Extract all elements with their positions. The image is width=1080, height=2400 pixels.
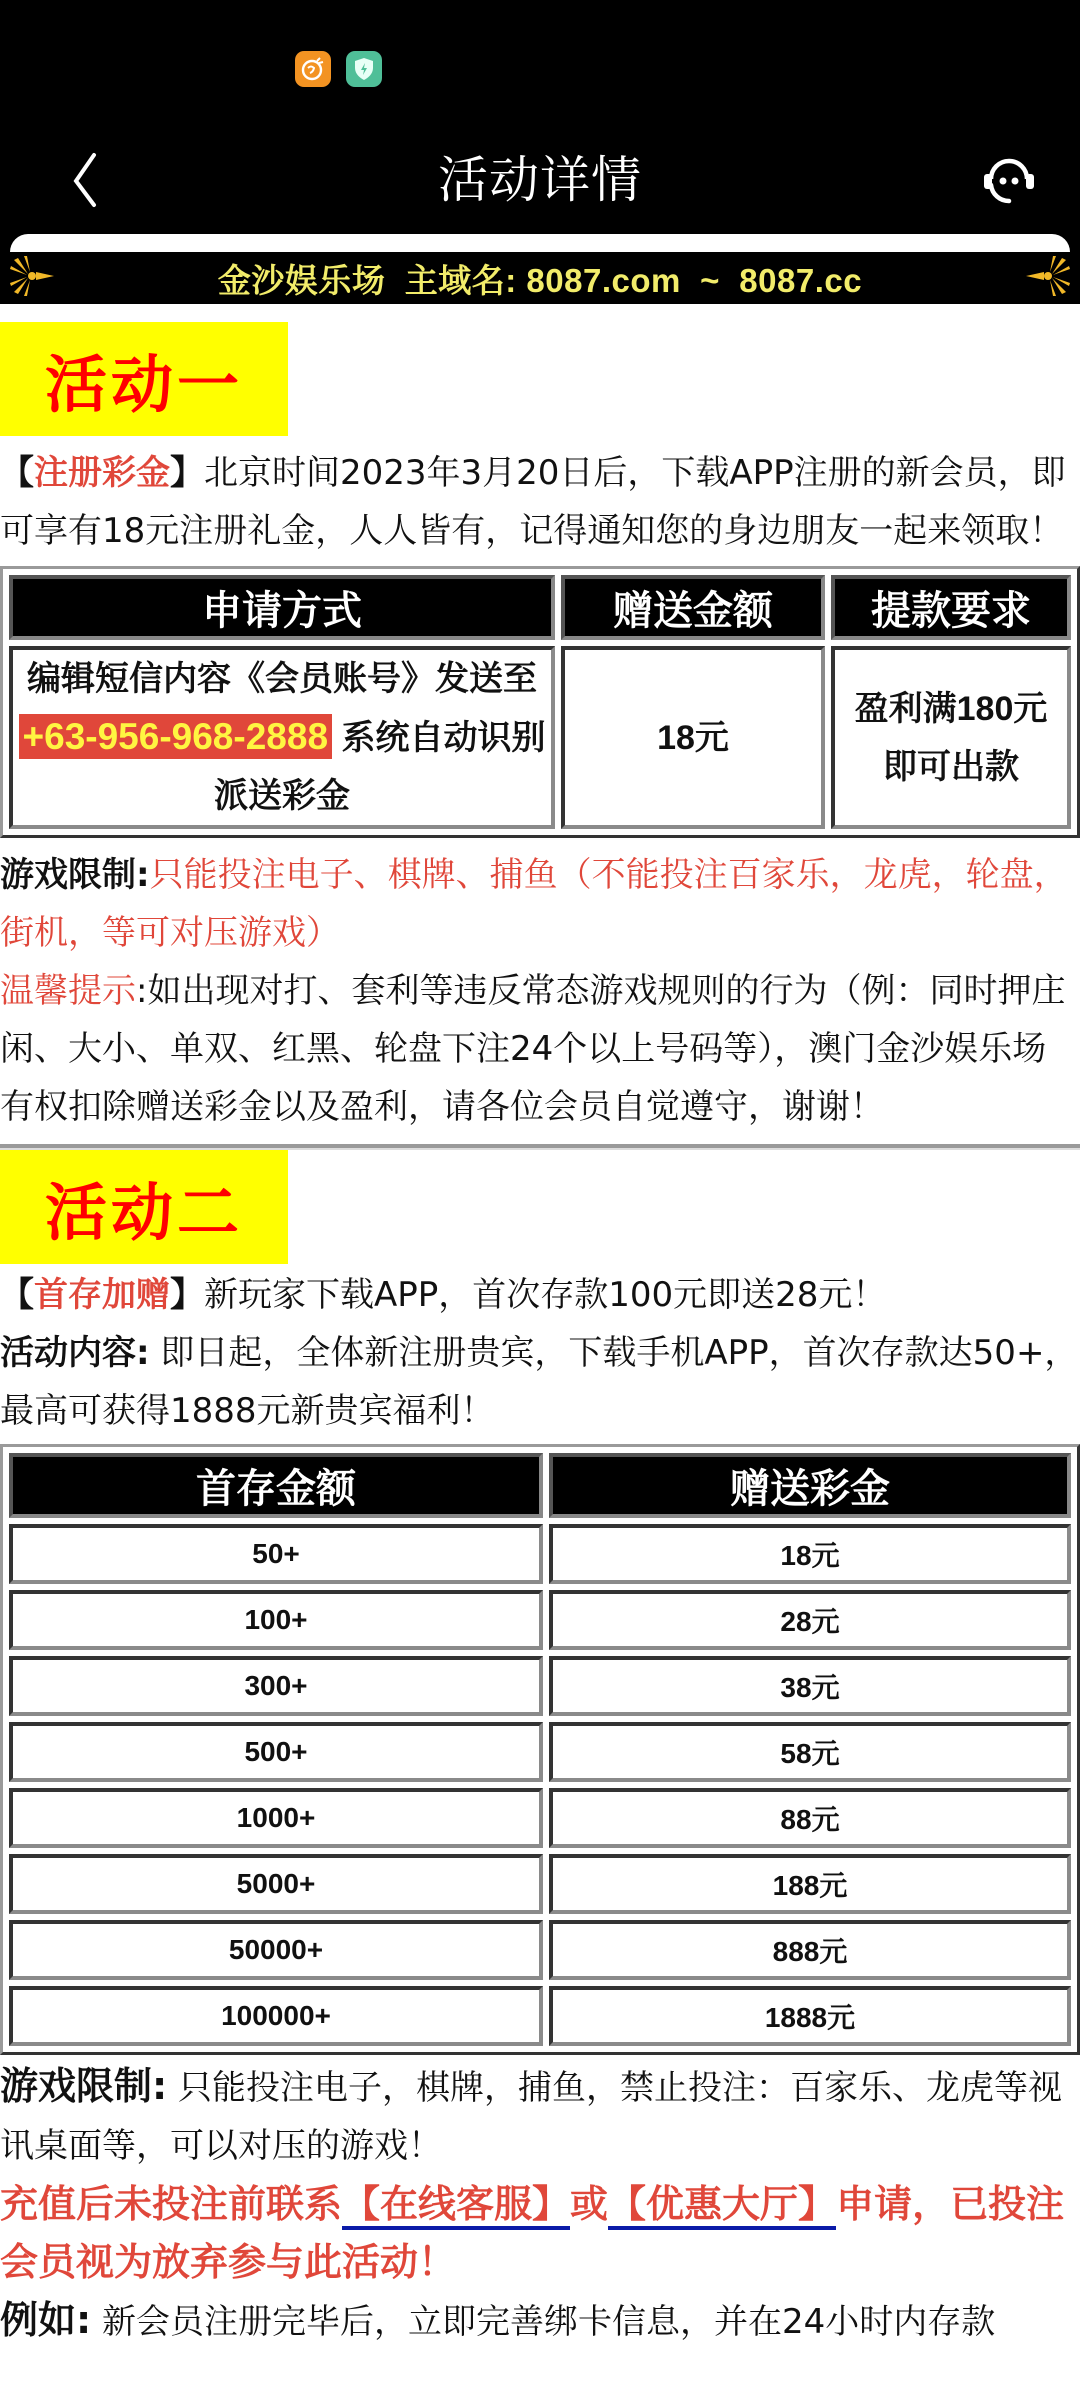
activity-intro: 【注册彩金】北京时间2023年3月20日后，下载APP注册的新会员，即可享有18… bbox=[0, 444, 1080, 560]
activity-intro: 【首存加赠】新玩家下载APP，首次存款100元即送28元！ bbox=[0, 1266, 1080, 1324]
headset-icon bbox=[979, 149, 1039, 209]
table-row: 5000+188元 bbox=[9, 1854, 1071, 1914]
activity-two-section: 活动二 【首存加赠】新玩家下载APP，首次存款100元即送28元！ 活动内容: … bbox=[0, 1150, 1080, 2351]
shield-bolt-icon bbox=[346, 51, 382, 87]
table-row: 编辑短信内容《会员账号》发送至 +63-956-968-2888 系统自动识别派… bbox=[9, 646, 1071, 829]
table-row: 300+38元 bbox=[9, 1656, 1071, 1716]
table-row: 500+58元 bbox=[9, 1722, 1071, 1782]
customer-support-button[interactable] bbox=[974, 144, 1044, 214]
table-row: 50000+888元 bbox=[9, 1920, 1071, 1980]
apply-notice: 充值后未投注前联系【在线客服】或【优惠大厅】申请，已投注会员视为放弃参与此活动！ bbox=[0, 2175, 1080, 2291]
activity-content-text: 活动内容: 即日起，全体新注册贵宾，下载手机APP，首次存款达50+，最高可获得… bbox=[0, 1324, 1080, 1440]
table-header-row: 申请方式 赠送金额 提款要求 bbox=[9, 575, 1071, 640]
activity-title: 注册彩金 bbox=[34, 453, 170, 493]
status-bar bbox=[0, 0, 1080, 130]
activity-content: 活动一 【注册彩金】北京时间2023年3月20日后，下载APP注册的新会员，即可… bbox=[0, 304, 1080, 2351]
registration-bonus-table: 申请方式 赠送金额 提款要求 编辑短信内容《会员账号》发送至 +63-956-9… bbox=[0, 566, 1080, 838]
activity-one-section: 活动一 【注册彩金】北京时间2023年3月20日后，下载APP注册的新会员，即可… bbox=[0, 322, 1080, 1136]
first-deposit-table: 首存金额 赠送彩金 50+18元 100+28元 300+38元 500+58元… bbox=[0, 1444, 1080, 2055]
domain-banner: 金沙娱乐场 主域名: 8087.com ~ 8087.cc bbox=[0, 234, 1080, 304]
banner-domain-text: 金沙娱乐场 主域名: 8087.com ~ 8087.cc bbox=[218, 255, 862, 302]
game-limit-text: 游戏限制:只能投注电子、棋牌、捕鱼（不能投注百家乐，龙虎，轮盘，街机，等可对压游… bbox=[0, 846, 1080, 962]
fruit-app-icon bbox=[295, 51, 331, 87]
withdraw-requirement-cell: 盈利满180元即可出款 bbox=[831, 646, 1071, 829]
page-title: 活动详情 bbox=[0, 140, 1080, 220]
example-text: 例如: 新会员注册完毕后，立即完善绑卡信息，并在24小时内存款 bbox=[0, 2291, 1080, 2351]
table-row: 1000+88元 bbox=[9, 1788, 1071, 1848]
promo-hall-link[interactable]: 【优惠大厅】 bbox=[608, 2182, 836, 2230]
activity-badge: 活动二 bbox=[0, 1150, 288, 1264]
apply-method-cell: 编辑短信内容《会员账号》发送至 +63-956-968-2888 系统自动识别派… bbox=[9, 646, 555, 829]
table-header-row: 首存金额 赠送彩金 bbox=[9, 1453, 1071, 1518]
sms-phone-number: +63-956-968-2888 bbox=[19, 714, 333, 759]
bonus-amount-cell: 18元 bbox=[561, 646, 825, 829]
app-header: 活动详情 bbox=[0, 130, 1080, 240]
table-row: 50+18元 bbox=[9, 1524, 1071, 1584]
ornament-icon bbox=[1022, 254, 1072, 298]
activity-badge: 活动一 bbox=[0, 322, 288, 436]
game-limit-text: 游戏限制: 只能投注电子，棋牌，捕鱼，禁止投注：百家乐、龙虎等视讯桌面等，可以对… bbox=[0, 2057, 1080, 2175]
table-row: 100+28元 bbox=[9, 1590, 1071, 1650]
warm-tip-text: 温馨提示:如出现对打、套利等违反常态游戏规则的行为（例：同时押庄闲、大小、单双、… bbox=[0, 962, 1080, 1136]
online-support-link[interactable]: 【在线客服】 bbox=[342, 2182, 570, 2230]
ornament-icon bbox=[8, 254, 58, 298]
activity-title: 首存加赠 bbox=[34, 1275, 170, 1315]
table-row: 100000+1888元 bbox=[9, 1986, 1071, 2046]
